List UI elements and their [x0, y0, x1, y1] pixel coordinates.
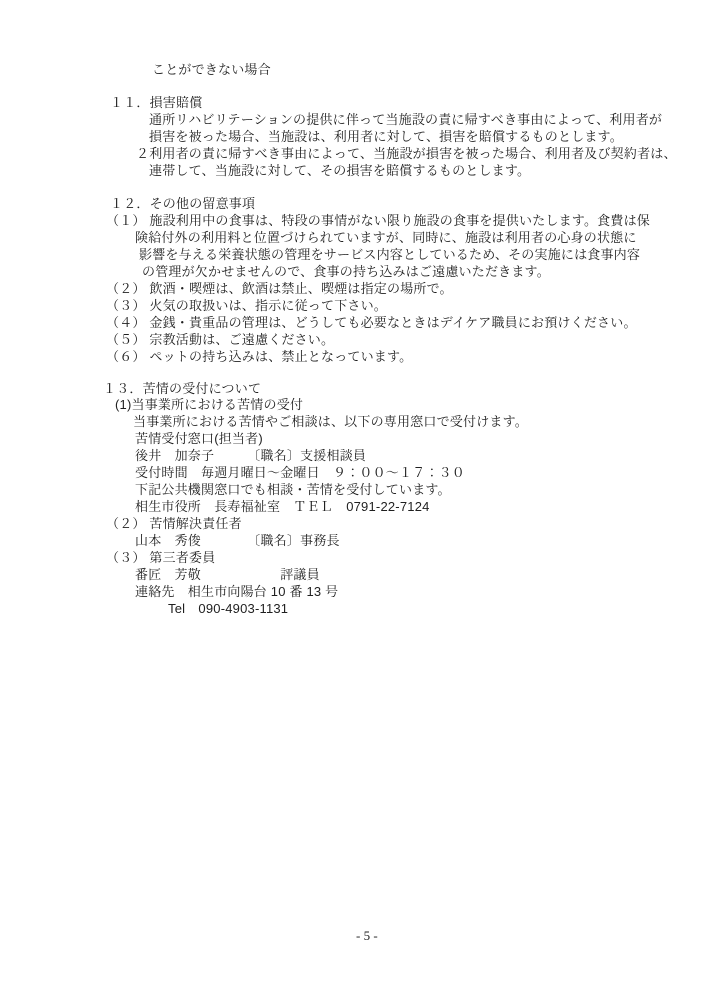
text-line: 連帯して、当施設に対して、その損害を賠償するものとします。: [149, 163, 530, 178]
page-number: - 5 -: [356, 928, 378, 944]
text-line: 損害を被った場合、当施設は、利用者に対して、損害を賠償するものとします。: [149, 129, 623, 144]
text-line: 下記公共機関窓口でも相談・苦情を受付しています。: [135, 482, 451, 497]
text-line: 影響を与える栄養状態の管理をサービス内容としているため、その実施には食事内容: [139, 247, 640, 262]
text-line: Tel 090-4903-1131: [168, 601, 288, 616]
text-line: 山本 秀俊 〔職名〕事務長: [135, 533, 340, 548]
text-line: 番匠 芳敬 評議員: [135, 567, 320, 582]
text-line: １３．苦情の受付について: [103, 381, 261, 396]
text-line: 当事業所における苦情やご相談は、以下の専用窓口で受付けます。: [133, 414, 528, 429]
text-line: （３） 火気の取扱いは、指示に従って下さい。: [106, 298, 387, 313]
text-line: （２） 飲酒・喫煙は、飲酒は禁止、喫煙は指定の場所で。: [106, 281, 453, 296]
text-line: ことができない場合: [152, 62, 271, 77]
text-line: ２利用者の責に帰すべき事由によって、当施設が損害を被った場合、利用者及び契約者は…: [136, 146, 677, 161]
text-line: 苦情受付窓口(担当者): [135, 431, 263, 446]
text-line: 受付時間 毎週月曜日～金曜日 ９：００～１７：３０: [135, 465, 465, 480]
text-line: （４） 金銭・貴重品の管理は、どうしても必要なときはデイケア職員にお預けください…: [106, 315, 637, 330]
text-line: （２） 苦情解決責任者: [106, 516, 242, 531]
text-line: 後井 加奈子 〔職名〕支援相談員: [135, 448, 366, 463]
text-line: （６） ペットの持ち込みは、禁止となっています。: [106, 349, 412, 364]
text-line: (1)当事業所における苦情の受付: [115, 397, 303, 412]
document-page: - 5 - ことができない場合１１．損害賠償通所リハビリテーションの提供に伴って…: [0, 0, 707, 1000]
text-line: の管理が欠かせませんので、食事の持ち込みはご遠慮いただきます。: [142, 264, 550, 279]
text-line: 相生市役所 長寿福祉室 ＴＥＬ 0791-22-7124: [135, 499, 430, 514]
text-line: （１） 施設利用中の食事は、特段の事情がない限り施設の食事を提供いたします。食費…: [106, 213, 650, 228]
text-line: （５） 宗教活動は、ご遠慮ください。: [106, 332, 334, 347]
text-line: 連絡先 相生市向陽台 10 番 13 号: [135, 584, 338, 599]
text-line: １２．その他の留意事項: [110, 196, 255, 211]
text-line: 険給付外の利用料と位置づけられていますが、同時に、施設は利用者の心身の状態に: [135, 230, 637, 245]
text-line: （３） 第三者委員: [106, 550, 215, 565]
text-line: 通所リハビリテーションの提供に伴って当施設の責に帰すべき事由によって、利用者が: [149, 112, 662, 127]
text-line: １１．損害賠償: [110, 95, 202, 110]
